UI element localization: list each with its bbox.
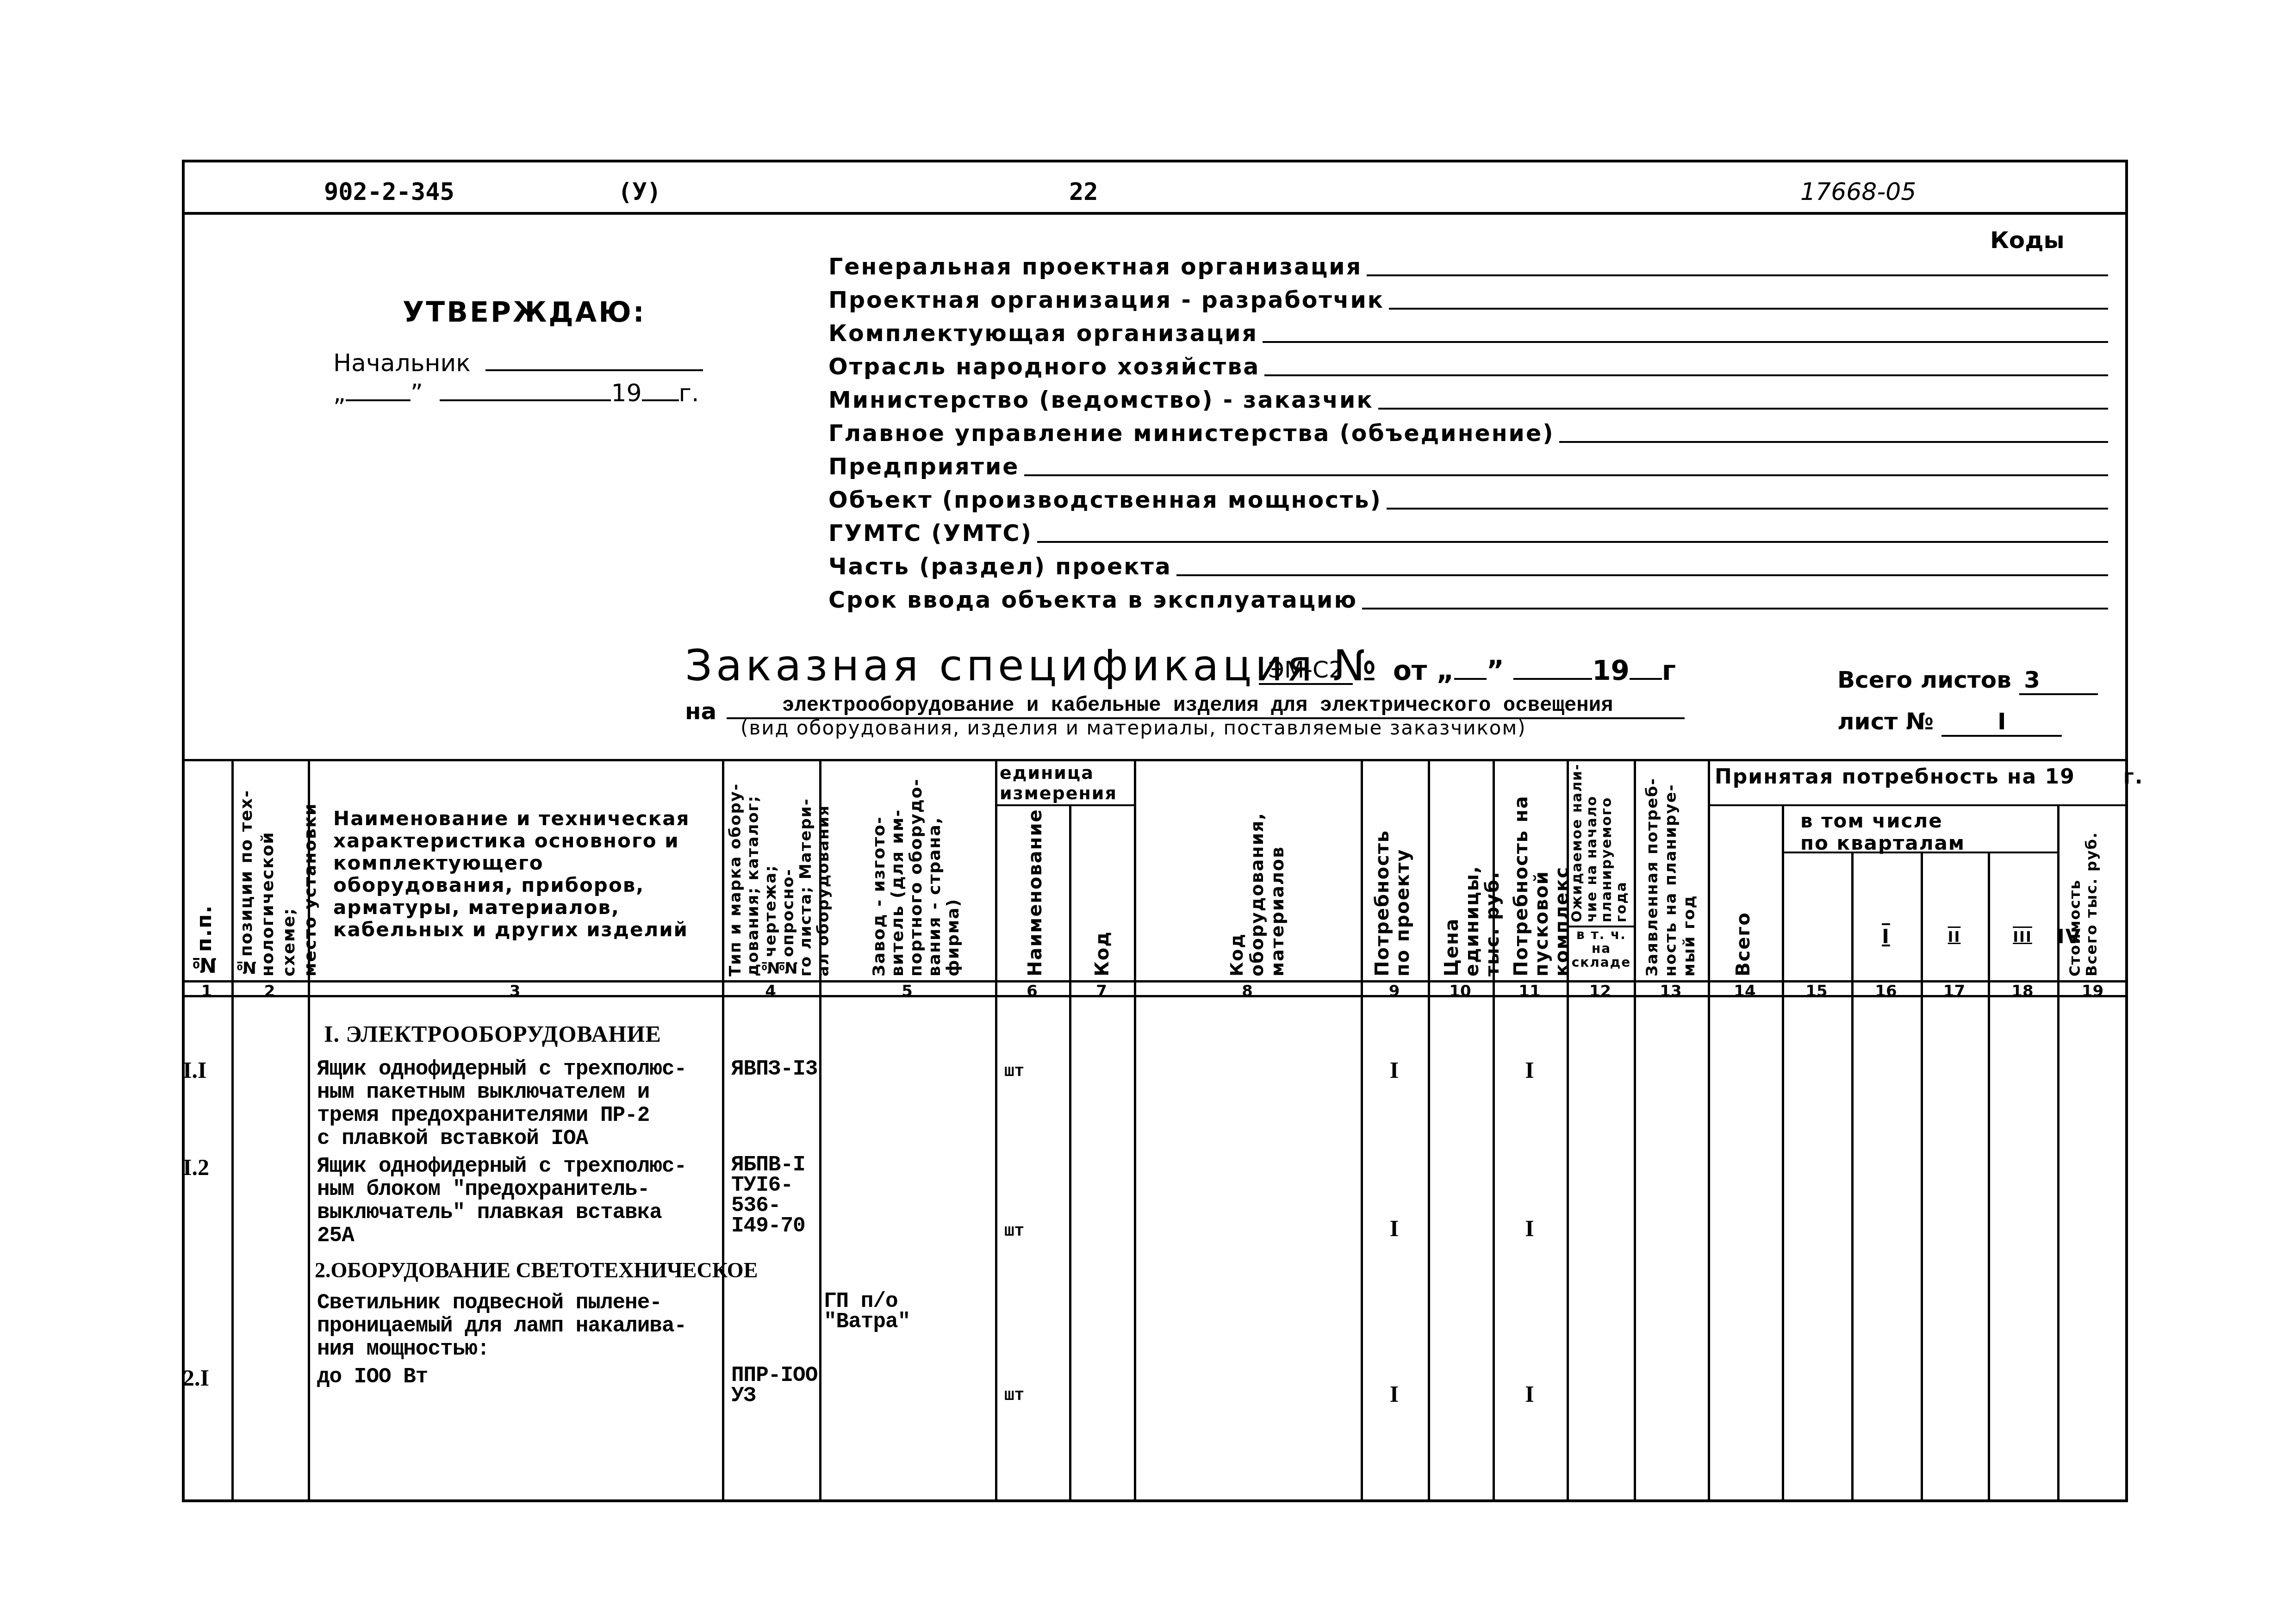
row-name: до IOO Вт [317,1365,720,1388]
row-qty-launch: I [1493,1057,1567,1083]
row-qty-project: I [1361,1057,1428,1083]
header-type: Тип и марка обору- дования; каталог; №че… [727,764,817,976]
row-unit: шт [1004,1386,1024,1405]
header-equipment-code: Код оборудования, материалов [1226,768,1273,976]
approval-month-field[interactable] [440,381,611,401]
row-qty-launch: I [1493,1380,1567,1407]
header-launch-need: Потребность на пусковой комплекс [1511,768,1557,976]
row-unit: шт [1004,1222,1024,1241]
sheet-number: лист № I [1837,708,2062,737]
row-number: I.I [183,1057,229,1083]
col-line-3 [722,759,724,1502]
header-declared-need: Заявленная потреб- ность на планируе- мы… [1643,764,1703,976]
header-manufacturer: Завод - изгото- витель (для им- портного… [870,768,986,976]
col-line-12 [1634,759,1636,1502]
page-number: 22 [1069,178,1098,206]
section-title: 2.ОБОРУДОВАНИЕ СВЕТОТЕХНИЧЕСКОЕ [315,1258,758,1282]
colnum-10: 10 [1428,982,1493,996]
spec-on-label: на [685,698,716,725]
row-number: 2.I [183,1364,229,1391]
chief-signature-field[interactable] [485,351,703,371]
approval-year-field[interactable] [642,381,679,401]
colnum-16: 16 [1851,982,1921,996]
row-qty-project: I [1361,1380,1428,1407]
spec-day-field[interactable] [1454,659,1487,680]
col-line-9 [1428,759,1430,1502]
header-q2: II [1921,926,1988,948]
colnum-14: 14 [1708,982,1782,996]
colnum-6: 6 [995,982,1069,996]
col-line-14 [1782,805,1784,1502]
header-quarters-group: в том числе по кварталам [1800,810,1967,854]
row-type: ППР-IOO УЗ [731,1365,819,1406]
header-in-stock: в т. ч. на складе [1569,928,1634,970]
header-unit-code: Код [1092,926,1120,976]
colnum-9: 9 [1361,982,1428,996]
colnum-8: 8 [1134,982,1361,996]
col-line-18 [2057,805,2060,1502]
spec-subject-caption: (вид оборудования, изделия и материалы, … [740,716,1526,739]
archive-number: 17668-05 [1800,178,1916,206]
section-manufacturer: ГП п/о "Ватра" [824,1291,995,1332]
col-line-15 [1851,852,1854,1502]
colnum-15: 15 [1782,982,1851,996]
approval-day-field[interactable] [346,381,411,401]
table-bottom-border [182,1499,2128,1502]
codes-label: Коды [1990,227,2065,254]
header-q1: I [1851,926,1921,948]
header-unit-name: Наименование [1025,815,1053,976]
chief-label: Начальник [333,349,471,377]
spec-number-field[interactable]: ЭМ-С2 [1259,656,1353,685]
header-cost: Стоимость Всего тыс. руб. [2066,815,2122,976]
unit-group-divider [995,804,1134,806]
approval-chief: Начальник [333,349,703,377]
colnum-1: 1 [182,982,231,996]
section-intro: Светильник подвесной пылене- проницаемый… [317,1291,720,1361]
row-qty-project: I [1361,1215,1428,1242]
section-title: I. ЭЛЕКТРООБОРУДОВАНИЕ [324,1020,661,1047]
colnum-11: 11 [1493,982,1567,996]
colnum-7: 7 [1069,982,1134,996]
org-field-ministry[interactable]: Министерство (ведомство) - заказчик [828,386,2108,413]
header-unit-price: Цена единицы, тыс. руб. [1442,824,1488,976]
col-line-1 [231,759,234,1502]
header-accepted-group: Принятая потребность на 19 г. [1715,766,2127,788]
sheet-number-value[interactable]: I [1941,708,2062,737]
org-field-object[interactable]: Объект (производственная мощность) [828,485,2108,513]
org-field-commissioning-date[interactable]: Срок ввода объекта в эксплуатацию [828,585,2108,613]
org-field-gumts[interactable]: ГУМТС (УМТС) [828,519,2108,547]
org-field-industry[interactable]: Отрасль народного хозяйства [828,352,2108,380]
spec-year-field[interactable] [1630,659,1662,680]
row-name: Ящик однофидерный с трехполюс- ным пакет… [317,1057,720,1150]
header-row-number: №п.п. [194,893,222,976]
col-line-13 [1708,759,1710,1502]
org-field-enterprise[interactable]: Предприятие [828,452,2108,480]
colnum-17: 17 [1921,982,1988,996]
total-sheets: Всего листов 3 [1837,666,2098,695]
col-line-17 [1988,852,1990,1502]
row-unit: шт [1004,1062,1024,1081]
header-unit-group: единица измерения [1000,763,1129,803]
row-type: ЯБПВ-I ТУI6- 536- I49-70 [731,1155,819,1236]
row-type: ЯВПЗ-I3 [731,1057,819,1081]
colnum-2: 2 [231,982,308,996]
colnum-13: 13 [1634,982,1708,996]
row-qty-launch: I [1493,1215,1567,1242]
approval-date: „” 19г. [333,379,699,407]
colnum-12: 12 [1567,982,1634,996]
org-field-main-department[interactable]: Главное управление министерства (объедин… [828,419,2108,447]
header-q3: III [1988,926,2057,948]
accepted-group-divider [1708,804,2128,806]
spec-subject: электрооборудование и кабельные изделия … [782,694,1613,717]
project-code: 902-2-345 [324,178,454,206]
header-expected-stock: Ожидаемое нали- чие на начало планируемо… [1570,763,1632,922]
col-line-16 [1921,852,1923,1502]
colnum-3: 3 [308,982,722,996]
col-line-6 [1069,805,1071,1502]
header-divider [182,212,2128,215]
col-line-7 [1134,759,1136,1502]
header-name: Наименование и техническая характеристик… [333,808,694,941]
header-position: №позиции по тех- нологической схеме; мес… [236,766,305,976]
org-field-designer[interactable]: Проектная организация - разработчик [828,286,2108,313]
row-number: I.2 [183,1154,229,1181]
colnum-18: 18 [1988,982,2057,996]
approval-title: УТВЕРЖДАЮ: [403,296,646,329]
org-field-general-designer[interactable]: Генеральная проектная организация [828,252,2108,280]
header-total: Всего [1733,902,1761,976]
spec-date: от „” 19г [1393,655,1676,686]
total-sheets-value[interactable]: 3 [2019,666,2098,695]
spec-month-field[interactable] [1513,659,1592,680]
colnum-5: 5 [819,982,995,996]
header-project-need: Потребность по проекту [1372,824,1419,976]
row-name: Ящик однофидерный с трехполюс- ным блоко… [317,1155,720,1247]
org-field-project-part[interactable]: Часть (раздел) проекта [828,552,2108,580]
colnum-19: 19 [2057,982,2128,996]
table-top-border [182,759,2128,761]
project-variant: (У) [618,178,661,206]
col-line-5 [995,759,997,1502]
org-field-supplier[interactable]: Комплектующая организация [828,319,2108,347]
colnum-4: 4 [722,982,819,996]
